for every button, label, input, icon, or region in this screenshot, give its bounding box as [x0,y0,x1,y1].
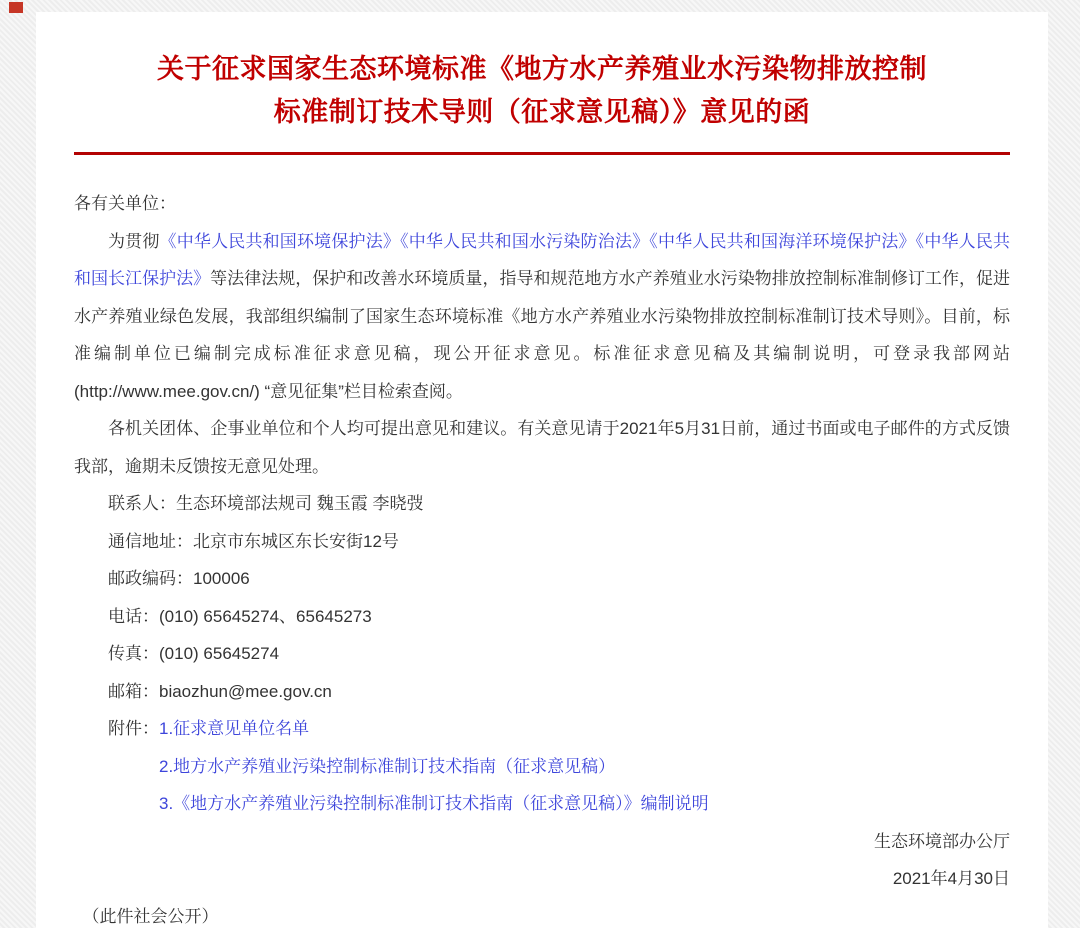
email-line: 邮箱：biaozhun@mee.gov.cn [74,673,1010,711]
attachment-link-2[interactable]: 2.地方水产养殖业污染控制标准制订技术指南（征求意见稿） [159,757,615,776]
paragraph-legal-basis: 为贯彻《中华人民共和国环境保护法》《中华人民共和国水污染防治法》《中华人民共和国… [74,223,1010,411]
attachment-link-1[interactable]: 1.征求意见单位名单 [159,719,309,738]
document-title: 关于征求国家生态环境标准《地方水产养殖业水污染物排放控制 标准制订技术导则（征求… [74,48,1010,134]
mailing-address-line: 通信地址：北京市东城区东长安街12号 [74,523,1010,561]
title-divider-rule [74,152,1010,155]
link-environment-protection-law[interactable]: 《中华人民共和国环境保护法》 [160,232,401,251]
document-title-line-2: 标准制订技术导则（征求意见稿）》意见的函 [74,91,1010,134]
corner-red-mark [9,2,23,13]
attachments-row: 2.地方水产养殖业污染控制标准制订技术指南（征求意见稿） [74,748,1010,786]
paragraph-feedback-instructions: 各机关团体、企事业单位和个人均可提出意见和建议。有关意见请于2021年5月31日… [74,410,1010,485]
salutation: 各有关单位： [74,185,1010,223]
phone-line: 电话：(010) 65645274、65645273 [74,598,1010,636]
attachments-row: 3.《地方水产养殖业污染控制标准制订技术指南（征求意见稿）》编制说明 [74,785,1010,823]
link-marine-environment-protection-law[interactable]: 《中华人民共和国海洋环境保护法》 [649,232,915,251]
attachment-link-3[interactable]: 3.《地方水产养殖业污染控制标准制订技术指南（征求意见稿）》编制说明 [159,794,709,813]
signature-department: 生态环境部办公厅 [74,823,1010,861]
public-disclosure-note: （此件社会公开） [74,898,1010,928]
paragraph-lead-text: 为贯彻 [108,232,160,251]
attachments-row: 附件：1.征求意见单位名单 [74,710,1010,748]
document-card: 关于征求国家生态环境标准《地方水产养殖业水污染物排放控制 标准制订技术导则（征求… [36,12,1048,928]
document-body: 各有关单位： 为贯彻《中华人民共和国环境保护法》《中华人民共和国水污染防治法》《… [74,185,1010,928]
link-water-pollution-prevention-law[interactable]: 《中华人民共和国水污染防治法》 [400,232,649,251]
contact-person-line: 联系人：生态环境部法规司 魏玉霞 李晓弢 [74,485,1010,523]
signature-date: 2021年4月30日 [74,860,1010,898]
postal-code-line: 邮政编码：100006 [74,560,1010,598]
paragraph-tail-text: 等法律法规，保护和改善水环境质量，指导和规范地方水产养殖业水污染物排放控制标准制… [74,269,1010,401]
document-title-line-1: 关于征求国家生态环境标准《地方水产养殖业水污染物排放控制 [74,48,1010,91]
fax-line: 传真：(010) 65645274 [74,635,1010,673]
attachments-label: 附件： [108,719,159,738]
